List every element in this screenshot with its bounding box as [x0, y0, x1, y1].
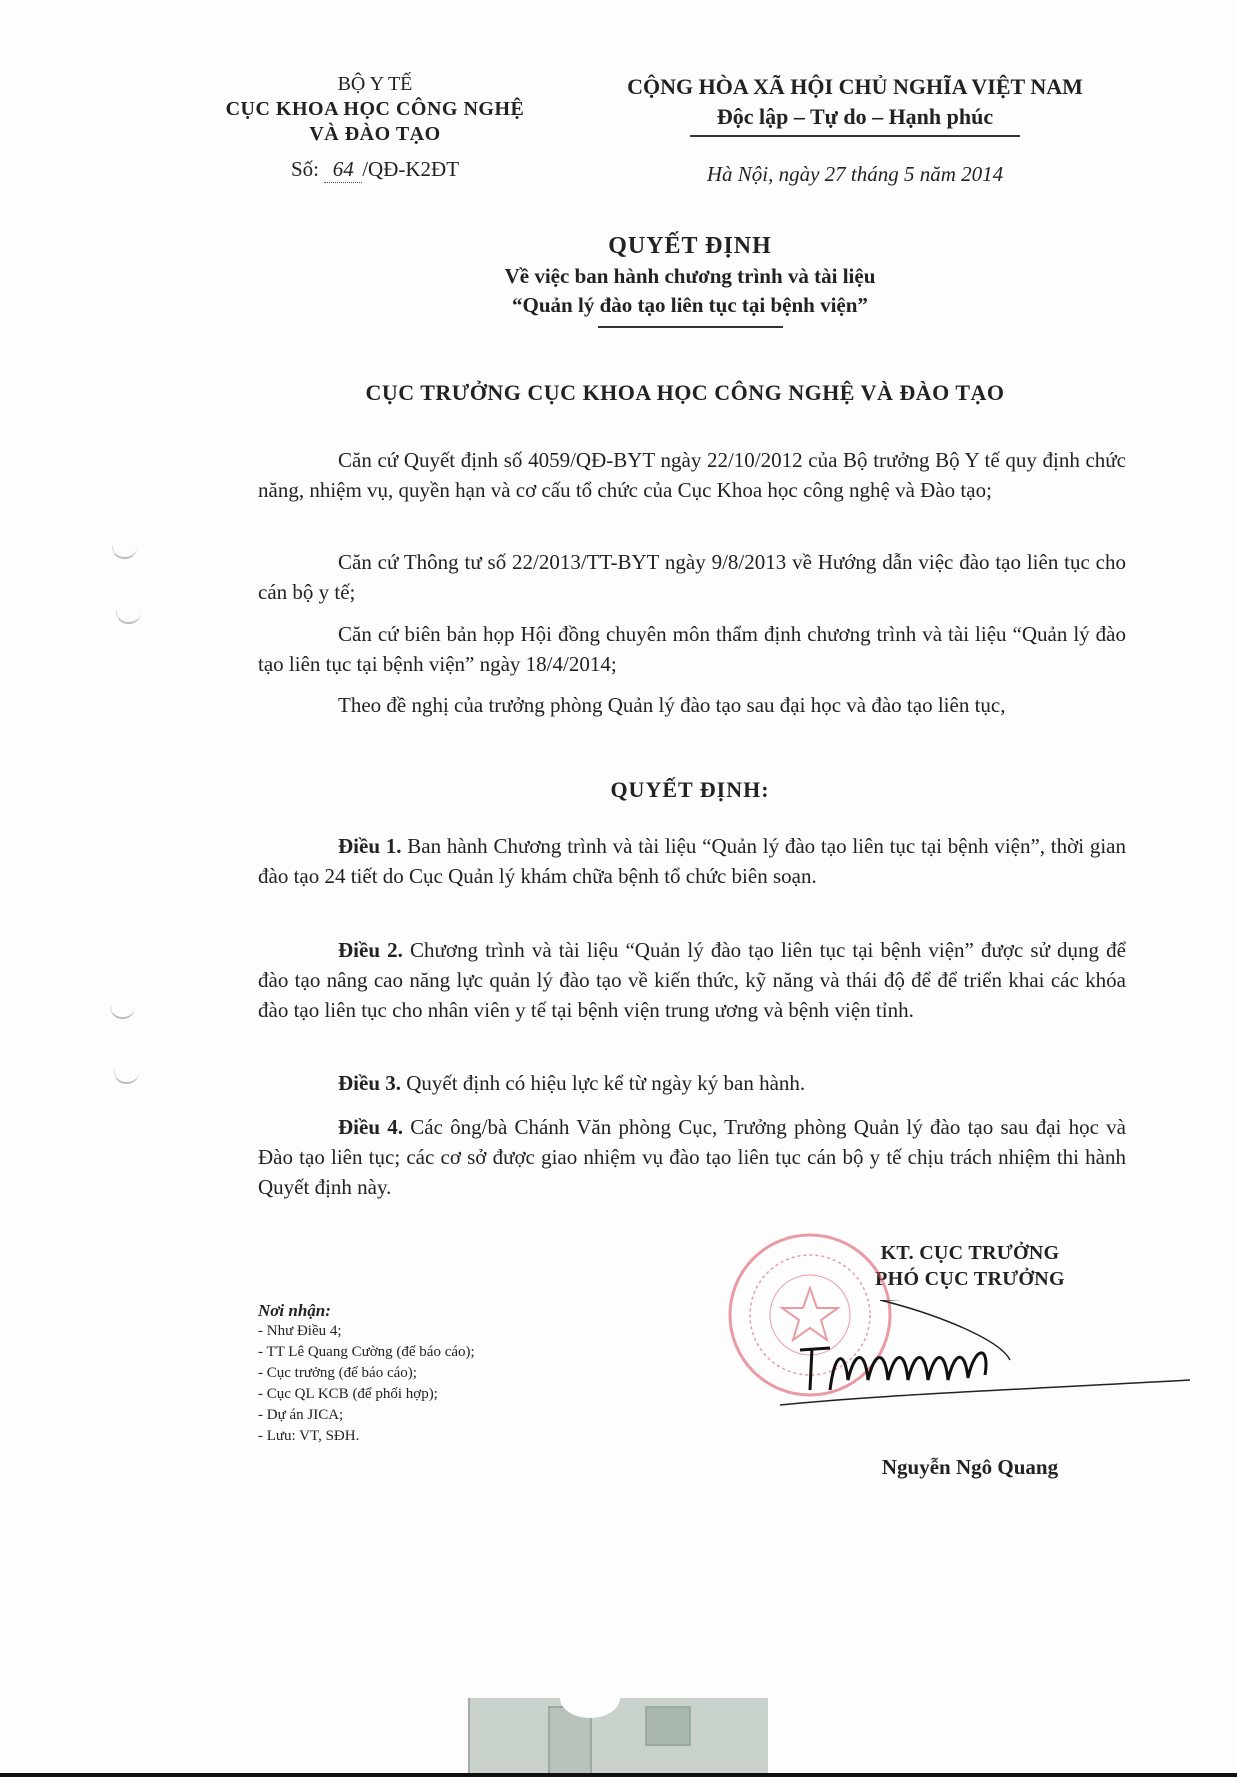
- preamble-paragraph: Căn cứ Thông tư số 22/2013/TT-BYT ngày 9…: [258, 547, 1126, 607]
- page-bottom-edge: [0, 1773, 1237, 1777]
- place-date: Hà Nội, ngày 27 tháng 5 năm 2014: [585, 159, 1125, 189]
- issuing-authority: CỤC TRƯỞNG CỤC KHOA HỌC CÔNG NGHỆ VÀ ĐÀO…: [240, 380, 1130, 406]
- country-name: CỘNG HÒA XÃ HỘI CHỦ NGHĨA VIỆT NAM: [585, 72, 1125, 102]
- preamble-paragraph: Theo đề nghị của trưởng phòng Quản lý đà…: [258, 690, 1126, 720]
- recipient-item: - Dự án JICA;: [258, 1405, 618, 1426]
- decision-heading: QUYẾT ĐỊNH:: [300, 777, 1080, 803]
- ministry-name: BỘ Y TẾ: [195, 72, 555, 97]
- article-text: Quyết định có hiệu lực kể từ ngày ký ban…: [401, 1071, 805, 1095]
- recipient-item: - Cục QL KCB (để phối hợp);: [258, 1384, 618, 1405]
- article-3: Điều 3. Quyết định có hiệu lực kể từ ngà…: [258, 1068, 1126, 1098]
- doc-no-suffix: /QĐ-K2ĐT: [362, 157, 459, 181]
- handwritten-signature-icon: [760, 1300, 1200, 1410]
- recipients-heading: Nơi nhận:: [258, 1300, 618, 1321]
- doc-no-prefix: Số:: [291, 157, 319, 181]
- signature-block: KT. CỤC TRƯỞNG PHÓ CỤC TRƯỞNG Nguyễn Ngô…: [760, 1240, 1180, 1292]
- document-number: Số: 64/QĐ-K2ĐT: [195, 157, 555, 183]
- department-name-line1: CỤC KHOA HỌC CÔNG NGHỆ: [195, 97, 555, 122]
- article-4: Điều 4. Các ông/bà Chánh Văn phòng Cục, …: [258, 1112, 1126, 1202]
- document-title: QUYẾT ĐỊNH: [300, 230, 1080, 262]
- recipient-item: - Cục trưởng (để báo cáo);: [258, 1363, 618, 1384]
- article-2: Điều 2. Chương trình và tài liệu “Quản l…: [258, 935, 1126, 1025]
- scan-artifact-shape: [560, 1678, 620, 1718]
- signer-name: Nguyễn Ngô Quang: [760, 1455, 1180, 1480]
- recipient-item: - Lưu: VT, SĐH.: [258, 1426, 618, 1447]
- article-label: Điều 2.: [338, 938, 403, 962]
- article-1: Điều 1. Ban hành Chương trình và tài liệ…: [258, 831, 1126, 891]
- national-header: CỘNG HÒA XÃ HỘI CHỦ NGHĨA VIỆT NAM Độc l…: [585, 72, 1125, 189]
- doc-no-number: 64: [324, 157, 362, 183]
- article-label: Điều 3.: [338, 1071, 401, 1095]
- margin-mark: [116, 610, 141, 624]
- recipient-item: - Như Điều 4;: [258, 1321, 618, 1342]
- issuing-agency-header: BỘ Y TẾ CỤC KHOA HỌC CÔNG NGHỆ VÀ ĐÀO TẠ…: [195, 72, 555, 183]
- preamble-paragraph: Căn cứ Quyết định số 4059/QĐ-BYT ngày 22…: [258, 445, 1126, 505]
- subject-line-2: “Quản lý đào tạo liên tục tại bệnh viện”: [300, 291, 1080, 320]
- document-title-block: QUYẾT ĐỊNH Về việc ban hành chương trình…: [300, 230, 1080, 328]
- margin-mark: [114, 1070, 139, 1084]
- national-motto: Độc lập – Tự do – Hạnh phúc: [585, 102, 1125, 132]
- subject-line-1: Về việc ban hành chương trình và tài liệ…: [300, 262, 1080, 291]
- margin-mark: [112, 545, 137, 559]
- motto-underline: [690, 135, 1020, 137]
- scan-artifact-shape: [645, 1706, 691, 1746]
- margin-mark: [110, 1005, 135, 1019]
- scan-artifact-image: [468, 1698, 768, 1777]
- recipients-list: Nơi nhận: - Như Điều 4; - TT Lê Quang Cư…: [258, 1300, 618, 1447]
- recipient-item: - TT Lê Quang Cường (để báo cáo);: [258, 1342, 618, 1363]
- title-underline: [598, 326, 783, 328]
- article-label: Điều 4.: [338, 1115, 403, 1139]
- department-name-line2: VÀ ĐÀO TẠO: [195, 122, 555, 147]
- preamble-paragraph: Căn cứ biên bản họp Hội đồng chuyên môn …: [258, 619, 1126, 679]
- article-label: Điều 1.: [338, 834, 402, 858]
